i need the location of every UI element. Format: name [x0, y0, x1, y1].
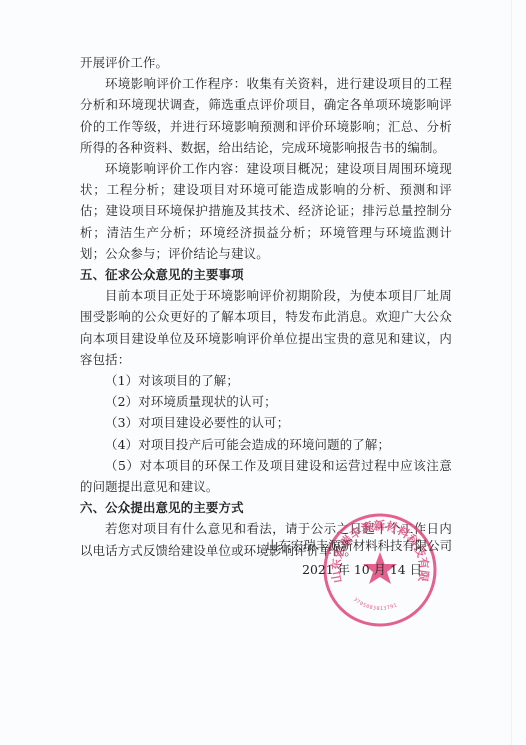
paragraph-procedure: 环境影响评价工作程序：收集有关资料，进行建设项目的工程分析和环境现状调查，筛选重… [80, 73, 452, 158]
list-item-1: （1）对该项目的了解； [80, 370, 452, 391]
list-item-4: （4）对项目投产后可能会造成的环境问题的了解； [80, 434, 452, 455]
page-edge [511, 0, 512, 745]
list-item-2: （2）对环境质量现状的认可； [80, 391, 452, 412]
paragraph-continuation: 开展评价工作。 [80, 52, 452, 73]
svg-text:3705083013791: 3705083013791 [352, 597, 398, 612]
signature-company: 山东宏瑞丰源新材料科技有限公司 [0, 535, 452, 556]
seal-code: 3705083013791 [352, 597, 398, 612]
paragraph-content: 环境影响评价工作内容：建设项目概况；建设项目周围环境现状；工程分析；建设项目对环… [80, 158, 452, 264]
signature-date: 2021 年 10 月 14 日 [0, 559, 452, 580]
document-body: 开展评价工作。 环境影响评价工作程序：收集有关资料，进行建设项目的工程分析和环境… [80, 52, 452, 561]
list-item-5: （5）对本项目的环保工作及项目建设和运营过程中应该注意的问题提出意见和建议。 [80, 455, 452, 497]
paragraph-public-notice: 目前本项目正处于环境影响评价初期阶段，为使本项目厂址周围受影响的公众更好的了解本… [80, 285, 452, 370]
list-item-3: （3）对项目建设必要性的认可； [80, 412, 452, 433]
section-heading-5: 五、征求公众意见的主要事项 [80, 264, 452, 285]
